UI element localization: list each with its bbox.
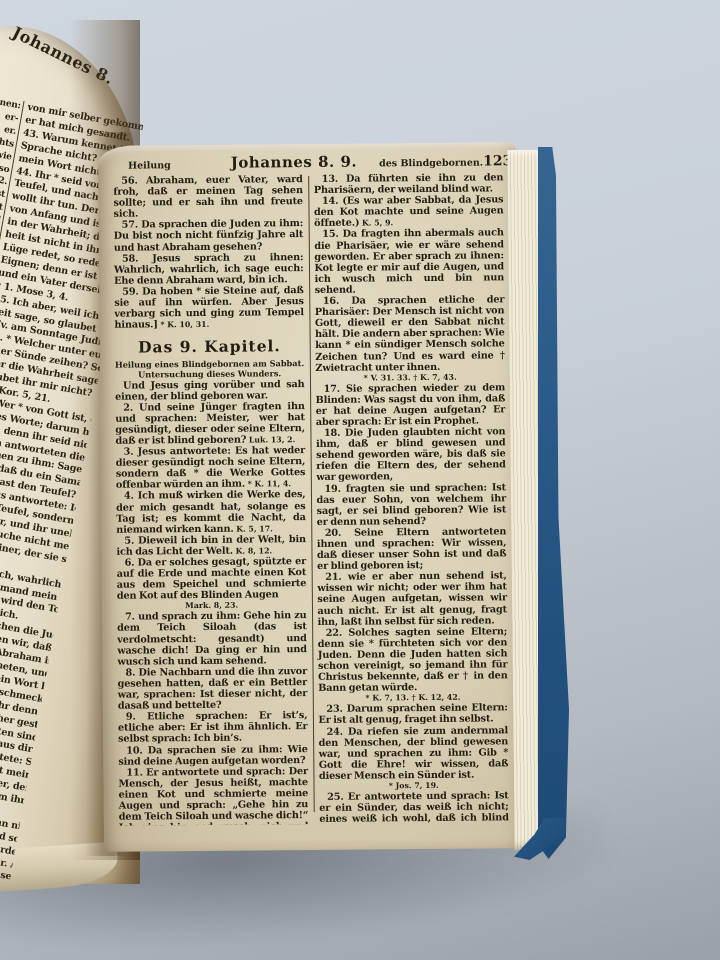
blue-cloth-cover [538, 147, 569, 859]
verse: 10. Da sprachen sie zu ihm: Wie sind dei… [118, 744, 308, 768]
text-columns: 56. Abraham, euer Vater, ward froh, daß … [108, 172, 514, 825]
verse: 18. Die Juden glaubten nicht von ihm, da… [316, 426, 506, 483]
verse-text: 9. Etliche sprachen: Er ist’s, etliche a… [118, 710, 308, 745]
cross-reference: K. 8, 12. [236, 546, 273, 555]
cross-reference: * K. 11, 4. [248, 480, 291, 489]
verse-text: 19. fragten sie und sprachen: Ist das eu… [316, 482, 506, 528]
verse: 7. und sprach zu ihm: Gehe hin zu dem Te… [117, 610, 307, 667]
verse-text: 13. Da führten sie ihn zu den Pharisäern… [314, 172, 503, 196]
verse-text: 8. Die Nachbarn und die ihn zuvor gesehe… [118, 666, 308, 712]
chapter-heading: Das 9. Kapitel. [115, 336, 305, 357]
verse-text: 11. Er antwortete und sprach: Der Mensch… [118, 766, 308, 826]
verse: Und Jesus ging vorüber und sah einen, de… [115, 379, 305, 403]
cross-reference: * K. 10, 31. [160, 320, 209, 329]
verse: 20. Seine Eltern antworteten ihnen und s… [317, 526, 507, 572]
verse: 56. Abraham, euer Vater, ward froh, daß … [113, 174, 303, 220]
verse: 6. Da er solches gesagt, spützte er auf … [117, 556, 307, 602]
verse-text: 10. Da sprachen sie zu ihm: Wie sind dei… [118, 744, 307, 768]
verse-text: 15. Da fragten ihn abermals auch die Pha… [314, 228, 504, 296]
column-left: 56. Abraham, euer Vater, ward froh, daß … [108, 174, 313, 826]
verse: 59. Da hoben * sie Steine auf, daß sie a… [114, 285, 304, 331]
verse-text: 24. Da riefen sie zum andernmal den Mens… [319, 725, 509, 782]
verse: 25. Er antwortete und sprach: Ist er ein… [319, 790, 509, 824]
verse: 8. Die Nachbarn und die ihn zuvor gesehe… [117, 666, 307, 712]
verse: 9. Etliche sprachen: Er ist’s, etliche a… [118, 710, 308, 745]
verse-text: 25. Er antwortete und sprach: Ist er ein… [319, 790, 509, 824]
verse: 22. Solches sagten seine Eltern; denn si… [318, 626, 508, 694]
cross-reference: K. 5, 9. [362, 219, 393, 228]
running-head-title: Johannes 8. 9. [231, 153, 357, 172]
right-page: Heilung Johannes 8. 9. des Blindgebornen… [98, 142, 522, 852]
verse: 15. Da fragten ihn abermals auch die Pha… [314, 228, 504, 296]
verse: 19. fragten sie und sprachen: Ist das eu… [316, 482, 506, 528]
page-header: Heilung Johannes 8. 9. des Blindgebornen… [114, 151, 504, 172]
verse: 23. Darum sprachen seine Eltern: Er ist … [318, 703, 508, 727]
verse-text: 18. Die Juden glaubten nicht von ihm, da… [316, 426, 506, 483]
verse: 17. Sie sprachen wieder zu dem Blinden: … [316, 382, 506, 428]
verse-text: 56. Abraham, euer Vater, ward froh, daß … [113, 174, 303, 220]
verse-text: 23. Darum sprachen seine Eltern: Er ist … [318, 703, 507, 727]
verse: 57. Da sprachen die Juden zu ihm: Du bis… [114, 218, 304, 253]
verse: 4. Ich muß wirken die Werke des, der mic… [116, 489, 306, 535]
verse: 2. Und seine Jünger fragten ihn und spra… [115, 401, 305, 447]
verse-text: 17. Sie sprachen wieder zu dem Blinden: … [316, 382, 506, 428]
verse-text: 7. und sprach zu ihm: Gehe hin zu dem Te… [117, 610, 307, 667]
verse: 11. Er antwortete und sprach: Der Mensch… [118, 766, 308, 826]
running-head-left: Heilung [128, 160, 171, 171]
verse: 24. Da riefen sie zum andernmal den Mens… [319, 725, 509, 782]
verse-text: 22. Solches sagten seine Eltern; denn si… [318, 626, 508, 694]
column-right: 13. Da führten sie ihn zu den Pharisäern… [309, 172, 514, 824]
verse: 58. Jesus sprach zu ihnen: Wahrlich, wah… [114, 252, 304, 287]
cross-reference: K. 5, 17. [236, 524, 273, 533]
cross-reference: Luk. 13, 2. [249, 435, 295, 444]
verse-text: 21. wie er aber nun sehend ist, wissen w… [317, 571, 507, 628]
photo-of-open-bible: Johannes 8. nen:er-er.chtswieso32.istcht… [0, 0, 720, 960]
verse: 3. Jesus antwortete: Es hat weder dieser… [116, 445, 306, 491]
verse-text: 57. Da sprachen die Juden zu ihm: Du bis… [114, 218, 304, 253]
verse-text: 5. Dieweil ich bin in der Welt, bin ich … [116, 534, 305, 558]
verse-text: 14. (Es war aber Sabbat, da Jesus den Ko… [314, 194, 504, 229]
verse: 14. (Es war aber Sabbat, da Jesus den Ko… [314, 194, 504, 229]
verse-text: 20. Seine Eltern antworteten ihnen und s… [317, 526, 507, 572]
verse: 13. Da führten sie ihn zu den Pharisäern… [314, 172, 504, 196]
verse: 5. Dieweil ich bin in der Welt, bin ich … [116, 534, 306, 558]
verse-text: 58. Jesus sprach zu ihnen: Wahrlich, wah… [114, 252, 304, 287]
verse-text: 6. Da er solches gesagt, spützte er auf … [117, 556, 307, 602]
verse-text: 4. Ich muß wirken die Werke des, der mic… [116, 489, 306, 535]
verse: 16. Da sprachen etliche der Pharisäer: D… [315, 294, 505, 373]
verse-text: Und Jesus ging vorüber und sah einen, de… [115, 379, 304, 403]
verse: 21. wie er aber nun sehend ist, wissen w… [317, 571, 507, 628]
verse-text: 16. Da sprachen etliche der Pharisäer: D… [315, 294, 505, 373]
running-head-right: des Blindgebornen. [379, 157, 483, 169]
